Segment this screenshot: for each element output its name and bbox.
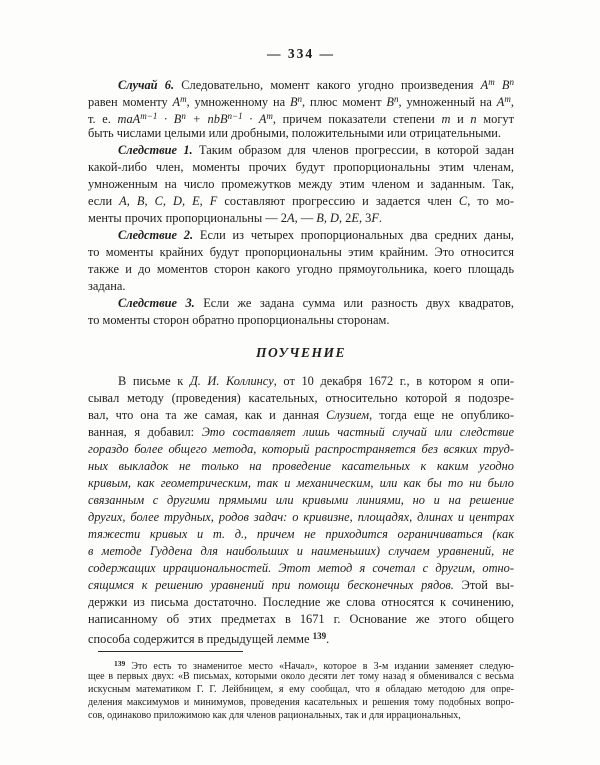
text-run: B	[290, 95, 298, 109]
text-run: D	[330, 211, 339, 225]
book-page: — 334 — Случай 6. Следовательно, момент …	[0, 0, 600, 765]
text-run: ных выкладок не только на проведение кас…	[88, 459, 514, 473]
text-run: , то мо-	[467, 194, 514, 208]
text-line: искусным математиком Г. Г. Лейбницем, я …	[88, 683, 514, 696]
text-run: , причем показатели степени	[273, 112, 442, 126]
text-run: т. е.	[88, 112, 118, 126]
text-run: других, более трудных, родов задач: о кр…	[88, 510, 514, 524]
text-run: сящимся к решению уравнений при помощи б…	[88, 578, 454, 592]
text-line: связанным с другими прямыми или кривыми …	[88, 492, 514, 509]
text-line: тяжести кривых и т. д., причем не приход…	[88, 526, 514, 543]
text-run: Слузием	[326, 408, 369, 422]
text-run: тяжести кривых и т. д., причем не приход…	[88, 527, 514, 541]
paragraph-corollary-2: Следствие 2. Если из четырех пропорциона…	[88, 227, 514, 295]
text-run: Этой вы-	[454, 578, 514, 592]
text-line: в методе Гуддена для наибольших и наимен…	[88, 543, 514, 560]
text-run: Следствие 3.	[118, 296, 195, 310]
text-run: F	[371, 211, 379, 225]
text-line: написанному об этих предметах в 1671 г. …	[88, 611, 514, 628]
text-run: равен моменту	[88, 95, 173, 109]
text-line: менты прочих пропорциональны — 2A, — B, …	[88, 210, 514, 227]
text-line: Следствие 1. Таким образом для членов пр…	[88, 142, 514, 159]
text-line: вал, что она та же самая, как и данная С…	[88, 407, 514, 424]
text-run: , 2	[339, 211, 351, 225]
text-run: ПОУЧЕНИЕ	[256, 345, 346, 360]
text-run: B	[316, 211, 324, 225]
text-run: A, B, C, D, E, F	[119, 194, 217, 208]
text-run: менты прочих пропорциональны — 2	[88, 211, 287, 225]
text-run: Следствие 1.	[118, 143, 193, 157]
text-run: Если же задана сумма или разность двух к…	[195, 296, 514, 310]
text-run: A	[173, 95, 181, 109]
text-run: Д. И. Коллинсу	[190, 374, 274, 388]
text-run: сов, одинаково приложимою как для членов…	[88, 710, 461, 721]
paragraph-scholium: В письме к Д. И. Коллинсу, от 10 декабря…	[88, 373, 514, 645]
text-run: 139	[114, 659, 125, 668]
text-line: В письме к Д. И. Коллинсу, от 10 декабря…	[88, 373, 514, 390]
paragraph-corollary-3: Следствие 3. Если же задана сумма или ра…	[88, 295, 514, 329]
text-run: nbB	[208, 112, 228, 126]
text-run: E	[351, 211, 359, 225]
text-run: , плюс момент	[302, 95, 386, 109]
text-line: содержащих иррациональностей. Этот метод…	[88, 560, 514, 577]
text-line: Случай 6. Следовательно, момент какого у…	[88, 74, 514, 91]
text-run: Таким образом для членов прогрессии, в к…	[193, 143, 514, 157]
text-run: ,	[511, 95, 514, 109]
text-line: Следствие 3. Если же задана сумма или ра…	[88, 295, 514, 312]
text-line: ПОУЧЕНИЕ	[88, 343, 514, 363]
text-line: гораздо более общего метода, который рас…	[88, 441, 514, 458]
page-number: — 334 —	[88, 46, 514, 62]
text-line: также и до моментов сторон какого угодно…	[88, 261, 514, 278]
text-run: В письме к	[118, 374, 190, 388]
text-run: если	[88, 194, 119, 208]
text-run: Следствие 2.	[118, 228, 193, 242]
text-run: написанному об этих предметах в 1671 г. …	[88, 612, 514, 626]
text-line: способа содержится в предыдущей лемме 13…	[88, 628, 514, 645]
footnote: 139 Это есть то знаменитое место «Начал»…	[88, 657, 514, 722]
text-run: , умноженному на	[187, 95, 290, 109]
text-run: способа содержится в предыдущей лемме	[88, 632, 313, 646]
text-run: .	[379, 211, 382, 225]
text-line: сящимся к решению уравнений при помощи б…	[88, 577, 514, 594]
scholium-heading: ПОУЧЕНИЕ	[88, 343, 514, 363]
text-run: A	[287, 211, 295, 225]
paragraph-case-6: Случай 6. Следовательно, момент какого у…	[88, 74, 514, 142]
text-line: сов, одинаково приложимою как для членов…	[88, 709, 514, 722]
text-run: Следовательно, момент какого угодно прои…	[174, 78, 481, 92]
text-run: искусным математиком Г. Г. Лейбницем, я …	[88, 684, 514, 695]
text-run: быть числами целыми или дробными, положи…	[88, 126, 501, 140]
text-run: +	[186, 112, 208, 126]
text-line: то моменты крайних будут пропорциональны…	[88, 244, 514, 261]
text-line: то моменты сторон обратно пропорциональн…	[88, 312, 514, 329]
paragraph-corollary-1: Следствие 1. Таким образом для членов пр…	[88, 142, 514, 227]
text-run: C	[459, 194, 467, 208]
text-line: Следствие 2. Если из четырех пропорциона…	[88, 227, 514, 244]
text-line: равен моменту Am, умноженному на Bn, плю…	[88, 91, 514, 108]
text-line: 139 Это есть то знаменитое место «Начал»…	[88, 657, 514, 670]
text-run: 139	[313, 631, 327, 641]
text-run: maA	[118, 112, 141, 126]
text-run: то моменты крайних будут пропорциональны…	[88, 245, 514, 259]
text-line: задана.	[88, 278, 514, 295]
text-run: вал, что она та же самая, как и данная	[88, 408, 326, 422]
text-run: гораздо более общего метода, который рас…	[88, 442, 514, 456]
text-run: , от 10 декабря 1672 г., в котором я опи…	[274, 374, 514, 388]
text-run: n−1	[228, 111, 243, 121]
text-line: других, более трудных, родов задач: о кр…	[88, 509, 514, 526]
text-run: связанным с другими прямыми или кривыми …	[88, 493, 514, 507]
text-run: умноженным на число промежутков между эт…	[88, 177, 514, 191]
text-run: то моменты сторон обратно пропорциональн…	[88, 313, 389, 327]
text-run: кривым, как геометрическим, так и механи…	[88, 476, 514, 490]
text-run: m−1	[140, 111, 157, 121]
text-run: держки из письма достаточно. Последние ж…	[88, 595, 514, 609]
text-run: , —	[295, 211, 317, 225]
text-line: ных выкладок не только на проведение кас…	[88, 458, 514, 475]
footnote-separator	[98, 651, 243, 652]
text-line: сывал методу (проведения) касательных, о…	[88, 390, 514, 407]
text-run: и	[450, 112, 470, 126]
text-run: какой-либо член, моменты прочих будут пр…	[88, 160, 514, 174]
text-line: кривым, как геометрическим, так и механи…	[88, 475, 514, 492]
text-run: задана.	[88, 279, 125, 293]
text-run: также и до моментов сторон какого угодно…	[88, 262, 514, 276]
text-run: Если из четырех пропорциональных два сре…	[193, 228, 514, 242]
text-run: Это составляет лишь частный случай или с…	[202, 425, 514, 439]
text-line: если A, B, C, D, E, F составляют прогрес…	[88, 193, 514, 210]
text-line: деления максимумов и минимумов, проведен…	[88, 696, 514, 709]
text-run: деления максимумов и минимумов, проведен…	[88, 697, 514, 708]
text-line: т. е. maAm−1 · Bn + nbBn−1 · Am, причем …	[88, 108, 514, 125]
text-run: сывал методу (проведения) касательных, о…	[88, 391, 514, 405]
text-line: держки из письма достаточно. Последние ж…	[88, 594, 514, 611]
text-line: какой-либо член, моменты прочих будут пр…	[88, 159, 514, 176]
text-line: быть числами целыми или дробными, положи…	[88, 125, 514, 142]
text-run: .	[326, 632, 329, 646]
text-run: содержащих иррациональностей. Этот метод…	[88, 561, 514, 575]
text-run: могут	[477, 112, 514, 126]
text-run: B	[386, 95, 394, 109]
text-run: в методе Гуддена для наибольших и наимен…	[88, 544, 514, 558]
text-run: Случай 6.	[118, 78, 174, 92]
text-run: ванная, я добавил:	[88, 425, 202, 439]
text-run: B	[495, 78, 510, 92]
text-run: n	[510, 77, 515, 87]
text-run: ·	[157, 112, 173, 126]
text-line: умноженным на число промежутков между эт…	[88, 176, 514, 193]
body-text: Случай 6. Следовательно, момент какого у…	[88, 74, 514, 645]
text-run: щее в первых двух: «В письмах, которыми …	[88, 671, 514, 682]
text-run: , тогда еще не опублико-	[369, 408, 514, 422]
text-line: ванная, я добавил: Это составляет лишь ч…	[88, 424, 514, 441]
text-run: составляют прогрессию и задается член	[217, 194, 459, 208]
text-run: , умноженный на	[399, 95, 497, 109]
text-run: ·	[243, 112, 259, 126]
text-line: щее в первых двух: «В письмах, которыми …	[88, 670, 514, 683]
text-run: , 3	[359, 211, 371, 225]
